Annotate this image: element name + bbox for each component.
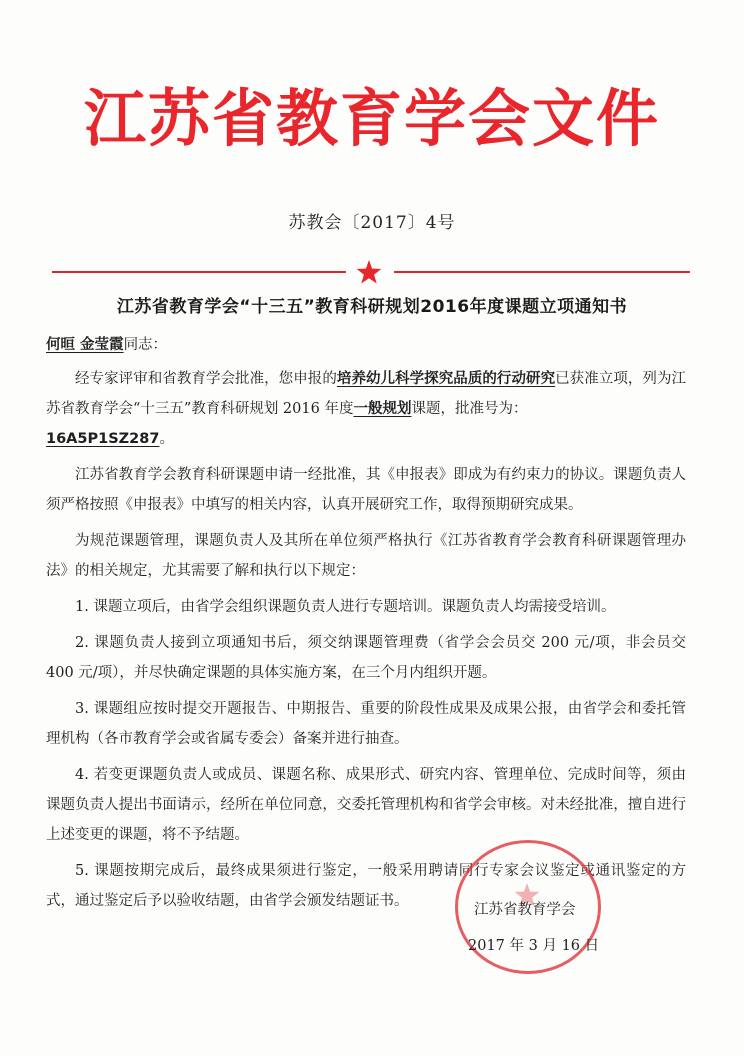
notice-title: 江苏省教育学会“十三五”教育科研规划2016年度课题立项通知书 xyxy=(0,292,744,317)
document-body: 何晅 金莹霞同志： 经专家评审和省教育学会批准，您申报的培养幼儿科学探究品质的行… xyxy=(46,330,686,916)
approval-paragraph: 经专家评审和省教育学会批准，您申报的培养幼儿科学探究品质的行动研究已获准立项，列… xyxy=(46,364,686,454)
signature-block: 江苏省教育学会 2017 年 3 月 16 日 xyxy=(450,840,650,990)
project-title: 培养幼儿科学探究品质的行动研究 xyxy=(337,370,555,387)
approval-number: 16A5P1SZ287 xyxy=(46,431,159,447)
signing-organization: 江苏省教育学会 xyxy=(474,898,576,919)
salutation: 何晅 金莹霞同志： xyxy=(46,330,686,360)
red-divider xyxy=(52,262,692,282)
approval-text-d: 。 xyxy=(159,431,174,447)
agreement-paragraph: 江苏省教育学会教育科研课题申请一经批准，其《申报表》即成为有约束力的协议。课题负… xyxy=(46,460,686,520)
rule-item-1: 1. 课题立项后，由省学会组织课题负责人进行专题培训。课题负责人均需接受培训。 xyxy=(46,592,686,622)
signing-date: 2017 年 3 月 16 日 xyxy=(468,934,599,955)
rule-item-4: 4. 若变更课题负责人或成员、课题名称、成果形式、研究内容、管理单位、完成时间等… xyxy=(46,760,686,850)
masthead-title: 江苏省教育学会文件 xyxy=(0,88,744,150)
regulation-paragraph: 为规范课题管理，课题负责人及其所在单位须严格执行《江苏省教育学会教育科研课题管理… xyxy=(46,526,686,586)
salutation-suffix: 同志： xyxy=(124,337,168,353)
rule-item-3: 3. 课题组应按时提交开题报告、中期报告、重要的阶段性成果及成果公报，由省学会和… xyxy=(46,694,686,754)
project-category: 一般规划 xyxy=(353,400,411,417)
recipient-names: 何晅 金莹霞 xyxy=(46,336,124,353)
divider-line-left xyxy=(52,271,346,273)
divider-line-right xyxy=(394,271,690,273)
approval-text-a: 经专家评审和省教育学会批准，您申报的 xyxy=(75,371,337,387)
document-number: 苏教会〔2017〕4号 xyxy=(0,208,744,233)
rule-item-2: 2. 课题负责人接到立项通知书后，须交纳课题管理费（省学会会员交 200 元/项… xyxy=(46,628,686,688)
document-page: 江苏省教育学会文件 苏教会〔2017〕4号 江苏省教育学会“十三五”教育科研规划… xyxy=(0,0,744,1056)
approval-text-c: 课题，批准号为： xyxy=(411,401,527,417)
star-icon xyxy=(356,260,382,284)
